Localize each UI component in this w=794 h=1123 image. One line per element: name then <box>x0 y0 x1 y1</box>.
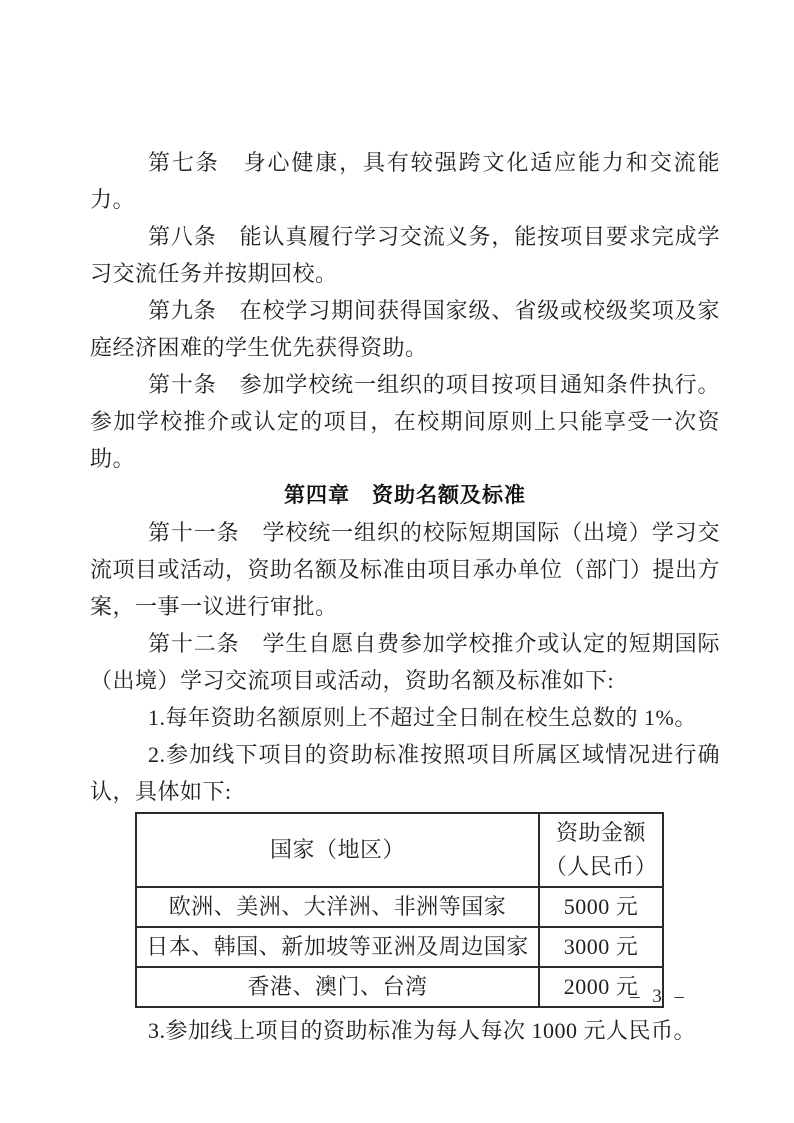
table-cell-region: 欧洲、美洲、大洋洲、非洲等国家 <box>136 887 539 927</box>
table-cell-amount: 3000 元 <box>539 927 663 967</box>
table-header-amount-line1: 资助金额 <box>540 816 662 850</box>
paragraph-article-12: 第十二条 学生自愿自费参加学校推介或认定的短期国际（出境）学习交流项目或活动，资… <box>90 625 720 699</box>
paragraph-article-10: 第十条 参加学校统一组织的项目按项目通知条件执行。参加学校推介或认定的项目，在校… <box>90 366 720 477</box>
list-item-3: 3.参加线上项目的资助标准为每人每次 1000 元人民币。 <box>90 1012 720 1049</box>
paragraph-article-9: 第九条 在校学习期间获得国家级、省级或校级奖项及家庭经济困难的学生优先获得资助。 <box>90 292 720 366</box>
paragraph-article-7: 第七条 身心健康，具有较强跨文化适应能力和交流能力。 <box>90 144 720 218</box>
table-header-row: 国家（地区） 资助金额 （人民币） <box>136 813 663 887</box>
table-row: 欧洲、美洲、大洋洲、非洲等国家 5000 元 <box>136 887 663 927</box>
table-cell-region: 日本、韩国、新加坡等亚洲及周边国家 <box>136 927 539 967</box>
table-header-amount: 资助金额 （人民币） <box>539 813 663 887</box>
paragraph-article-8: 第八条 能认真履行学习交流义务，能按项目要求完成学习交流任务并按期回校。 <box>90 218 720 292</box>
table-cell-region: 香港、澳门、台湾 <box>136 967 539 1007</box>
page-number: – 3 – <box>630 986 688 1008</box>
table-header-region: 国家（地区） <box>136 813 539 887</box>
chapter-heading: 第四章 资助名额及标准 <box>90 477 720 514</box>
list-item-2: 2.参加线下项目的资助标准按照项目所属区域情况进行确认，具体如下: <box>90 736 720 810</box>
document-body: 第七条 身心健康，具有较强跨文化适应能力和交流能力。 第八条 能认真履行学习交流… <box>90 144 720 1049</box>
table-header-amount-line2: （人民币） <box>540 850 662 884</box>
paragraph-article-11: 第十一条 学校统一组织的校际短期国际（出境）学习交流项目或活动，资助名额及标准由… <box>90 514 720 625</box>
table-row: 日本、韩国、新加坡等亚洲及周边国家 3000 元 <box>136 927 663 967</box>
list-item-1: 1.每年资助名额原则上不超过全日制在校生总数的 1%。 <box>90 699 720 736</box>
table-row: 香港、澳门、台湾 2000 元 <box>136 967 663 1007</box>
subsidy-standards-table: 国家（地区） 资助金额 （人民币） 欧洲、美洲、大洋洲、非洲等国家 5000 元… <box>135 812 664 1008</box>
document-page: 第七条 身心健康，具有较强跨文化适应能力和交流能力。 第八条 能认真履行学习交流… <box>0 0 794 1123</box>
table-cell-amount: 5000 元 <box>539 887 663 927</box>
